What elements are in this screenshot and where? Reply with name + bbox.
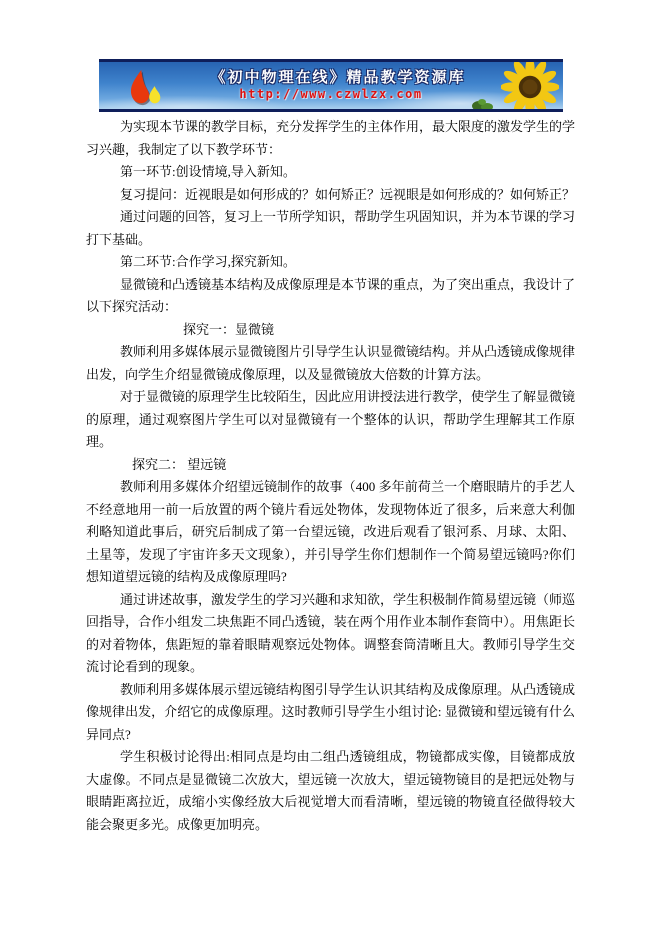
paragraph: 教师利用多媒体展示显微镜图片引导学生认识显微镜结构。并从凸透镜成像规律出发，向学… [86,341,575,386]
paragraph: 学生积极讨论得出:相同点是均由二组凸透镜组成，物镜都成实像，目镜都成放大虚像。不… [86,746,575,836]
activity-heading-2: 探究二： 望远镜 [86,454,575,477]
activity-heading-1: 探究一：显微镜 [86,319,575,342]
document-text: 为实现本节课的教学目标，充分发挥学生的主体作用，最大限度的激发学生的学习兴趣，我… [86,116,575,836]
paragraph: 教师利用多媒体介绍望远镜制作的故事（400 多年前荷兰一个磨眼睛片的手艺人不经意… [86,476,575,589]
banner-url: http://www.czwlzx.com [239,87,422,101]
green-plant-icon [471,95,495,111]
paragraph: 复习提问：近视眼是如何形成的？如何矫正？远视眼是如何形成的？如何矫正？ [86,184,575,207]
paragraph: 显微镜和凸透镜基本结构及成像原理是本节课的重点，为了突出重点，我设计了以下探究活… [86,274,575,319]
banner-title: 《初中物理在线》精品教学资源库 [196,70,465,87]
banner-image: 《初中物理在线》精品教学资源库 http://www.czwlzx.com [99,59,563,112]
sunflower-icon [501,59,559,112]
paragraph: 对于显微镜的原理学生比较陌生，因此应用讲授法进行教学，使学生了解显微镜的原理，通… [86,386,575,454]
paragraph: 通过问题的回答，复习上一节所学知识，帮助学生巩固知识，并为本节课的学习打下基础。 [86,206,575,251]
paragraph: 第一环节:创设情境,导入新知。 [86,161,575,184]
paragraph: 第二环节:合作学习,探究新知。 [86,251,575,274]
paragraph: 教师利用多媒体展示望远镜结构图引导学生认识其结构及成像原理。从凸透镜成像规律出发… [86,679,575,747]
flame-logo-icon [125,67,167,109]
paragraph: 为实现本节课的教学目标，充分发挥学生的主体作用，最大限度的激发学生的学习兴趣，我… [86,116,575,161]
document-page: 《初中物理在线》精品教学资源库 http://www.czwlzx.com [0,0,661,935]
paragraph: 通过讲述故事，激发学生的学习兴趣和求知欲，学生积极制作简易望远镜（师巡回指导，合… [86,589,575,679]
